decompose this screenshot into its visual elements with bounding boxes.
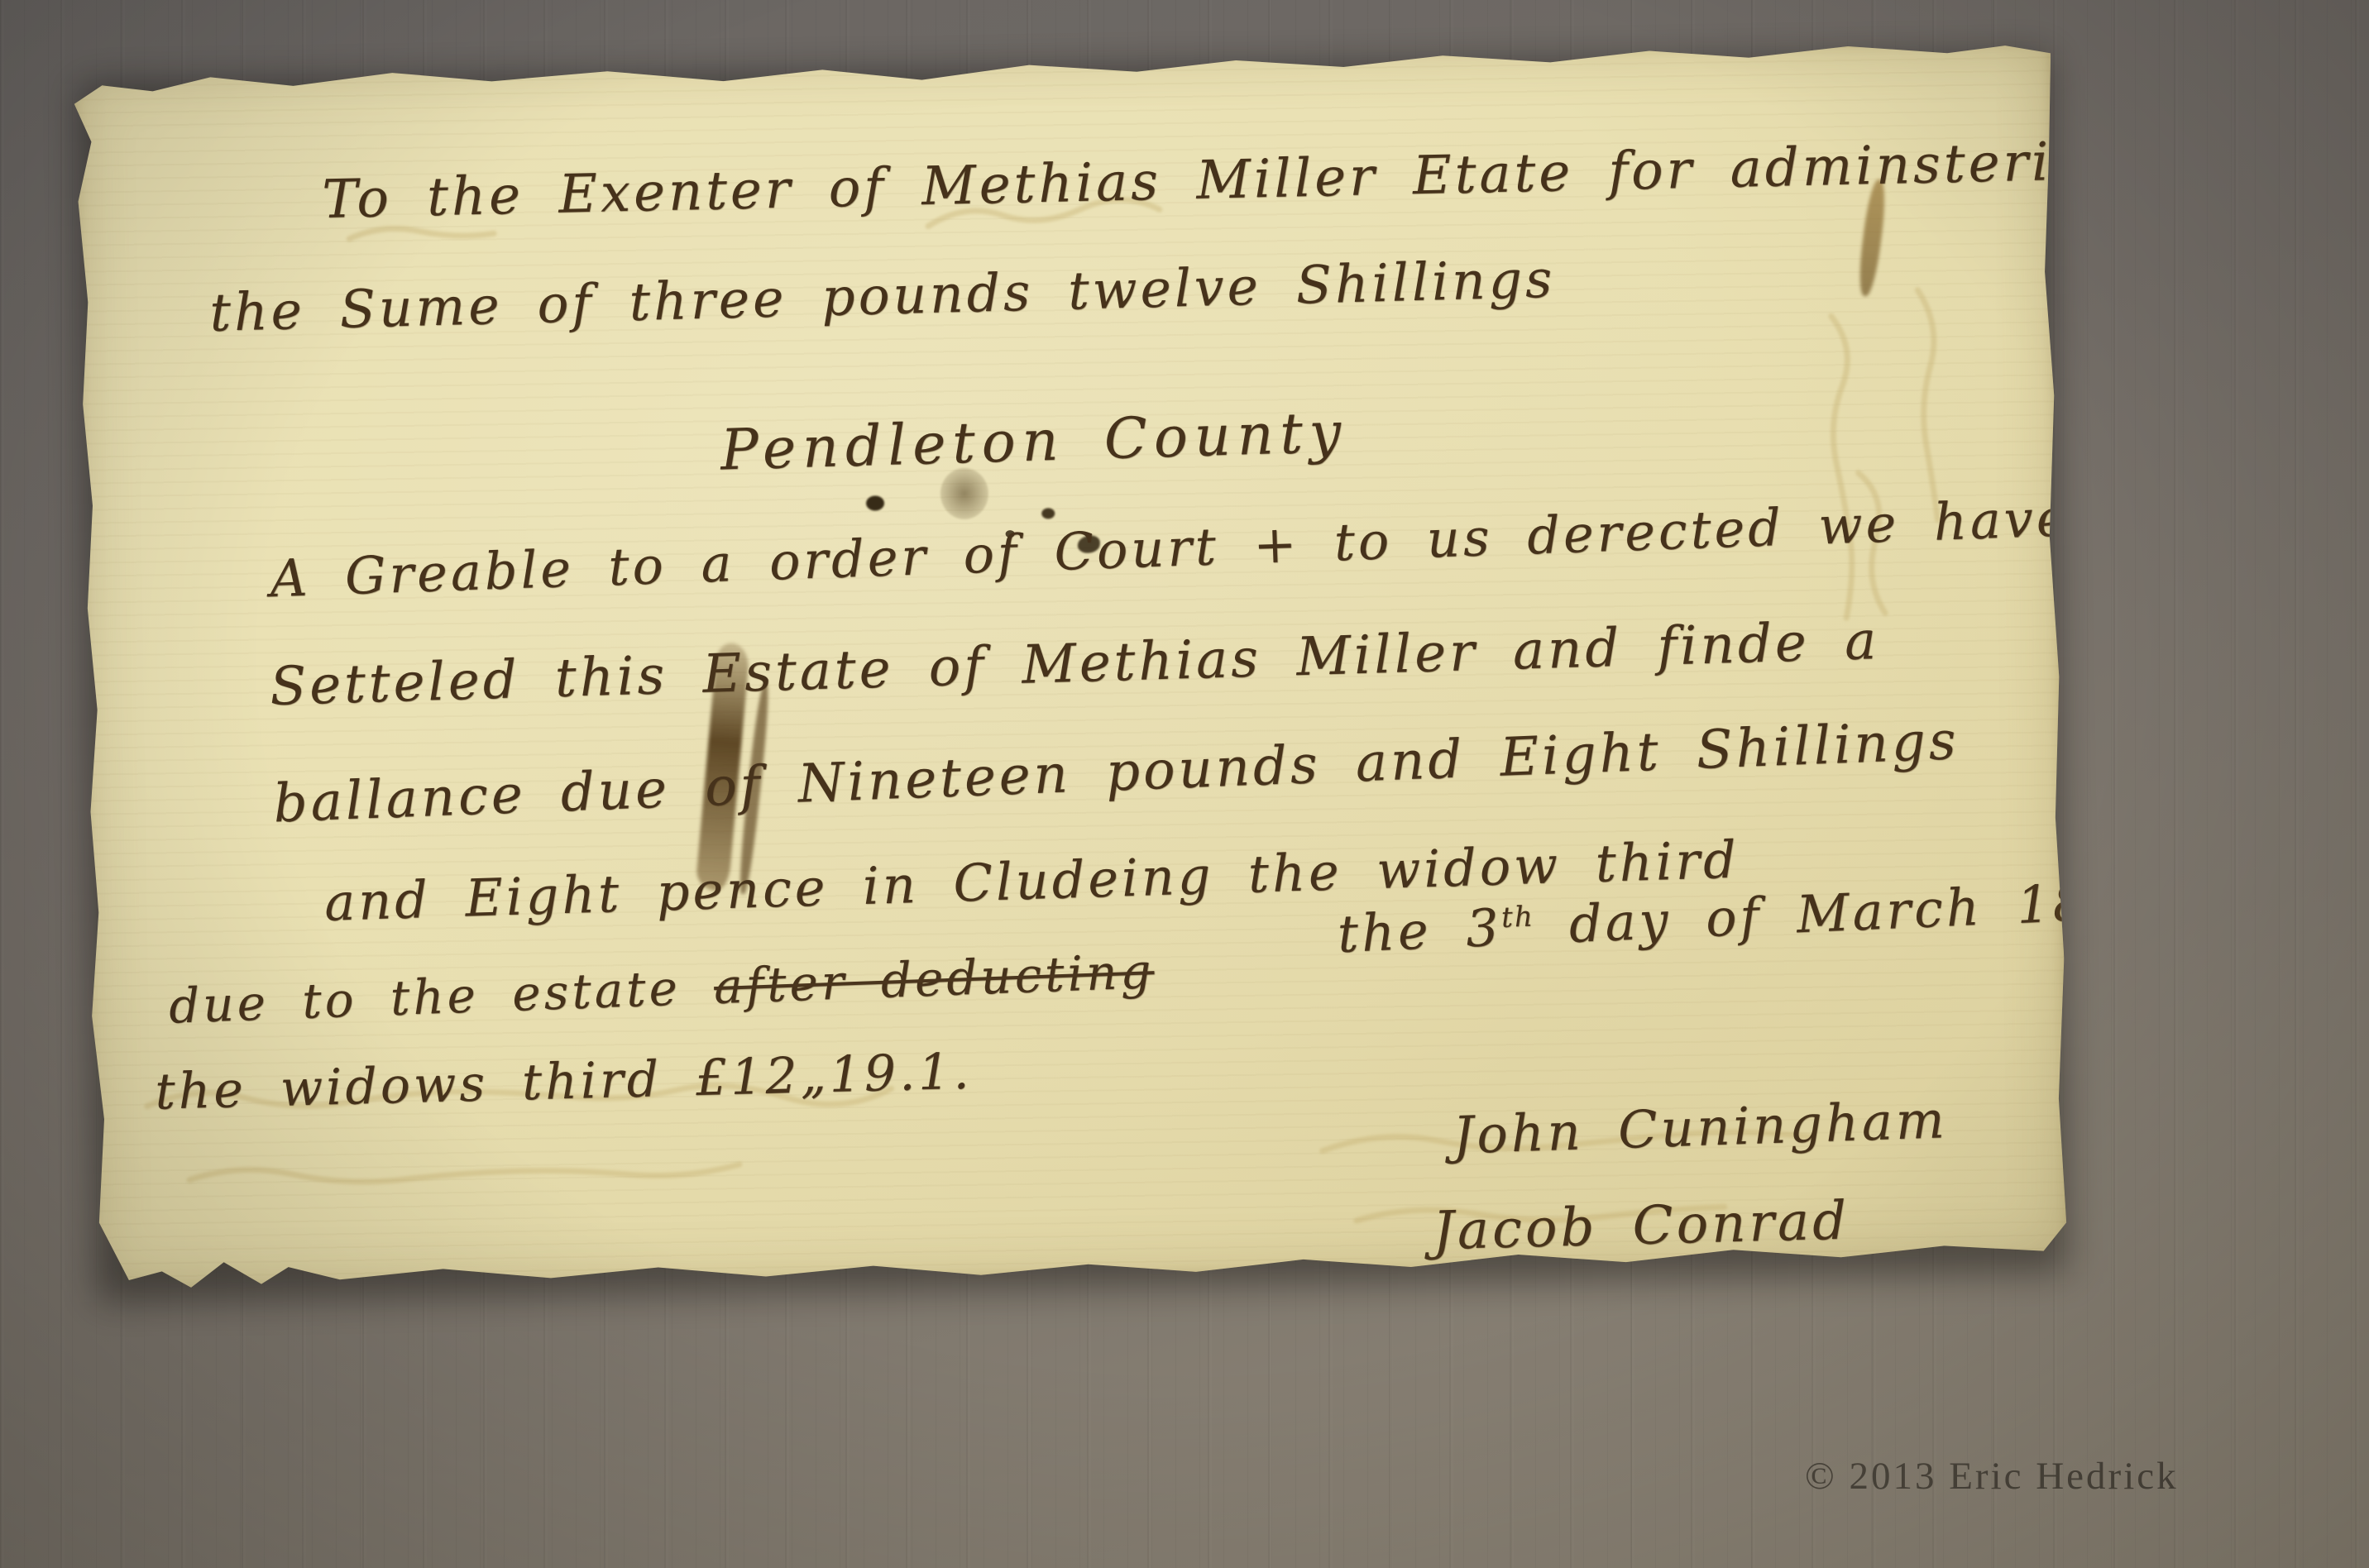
body-line-5-text: due to the estate [168,958,715,1035]
date-text: the 3 [1336,897,1503,964]
county-heading: Pendleton County [720,400,1348,484]
date-ordinal-suffix: th [1500,900,1534,935]
document-paper: To the Exenter of Methias Miller Etate f… [74,40,2069,1291]
photo-background: To the Exenter of Methias Miller Etate f… [0,0,2369,1568]
address-line-1: To the Exenter of Methias Miller Etate f… [322,130,2127,231]
body-line-1: A Greable to a order of Court + to us de… [269,487,2070,609]
crossed-out-text: after deducting [713,943,1156,1015]
address-line-2: the Sume of three pounds twelve Shilling… [209,249,1556,343]
ink-blot [1041,508,1055,519]
body-line-2: Setteled this Estate of Methias Miller a… [269,610,1880,718]
amount-line: the widows third £12„19.1. [155,1043,973,1121]
body-line-5: due to the estate after deducting [168,943,1156,1035]
ink-blot [866,495,884,510]
signature-jacob-conrad: Jacob Conrad [1432,1190,1850,1262]
signature-john-cuningham: John Cuningham [1452,1089,1948,1165]
copyright-watermark: © 2013 Eric Hedrick [1805,1454,2179,1499]
body-line-3: ballance due of Nineteen pounds and Eigh… [272,710,1960,834]
